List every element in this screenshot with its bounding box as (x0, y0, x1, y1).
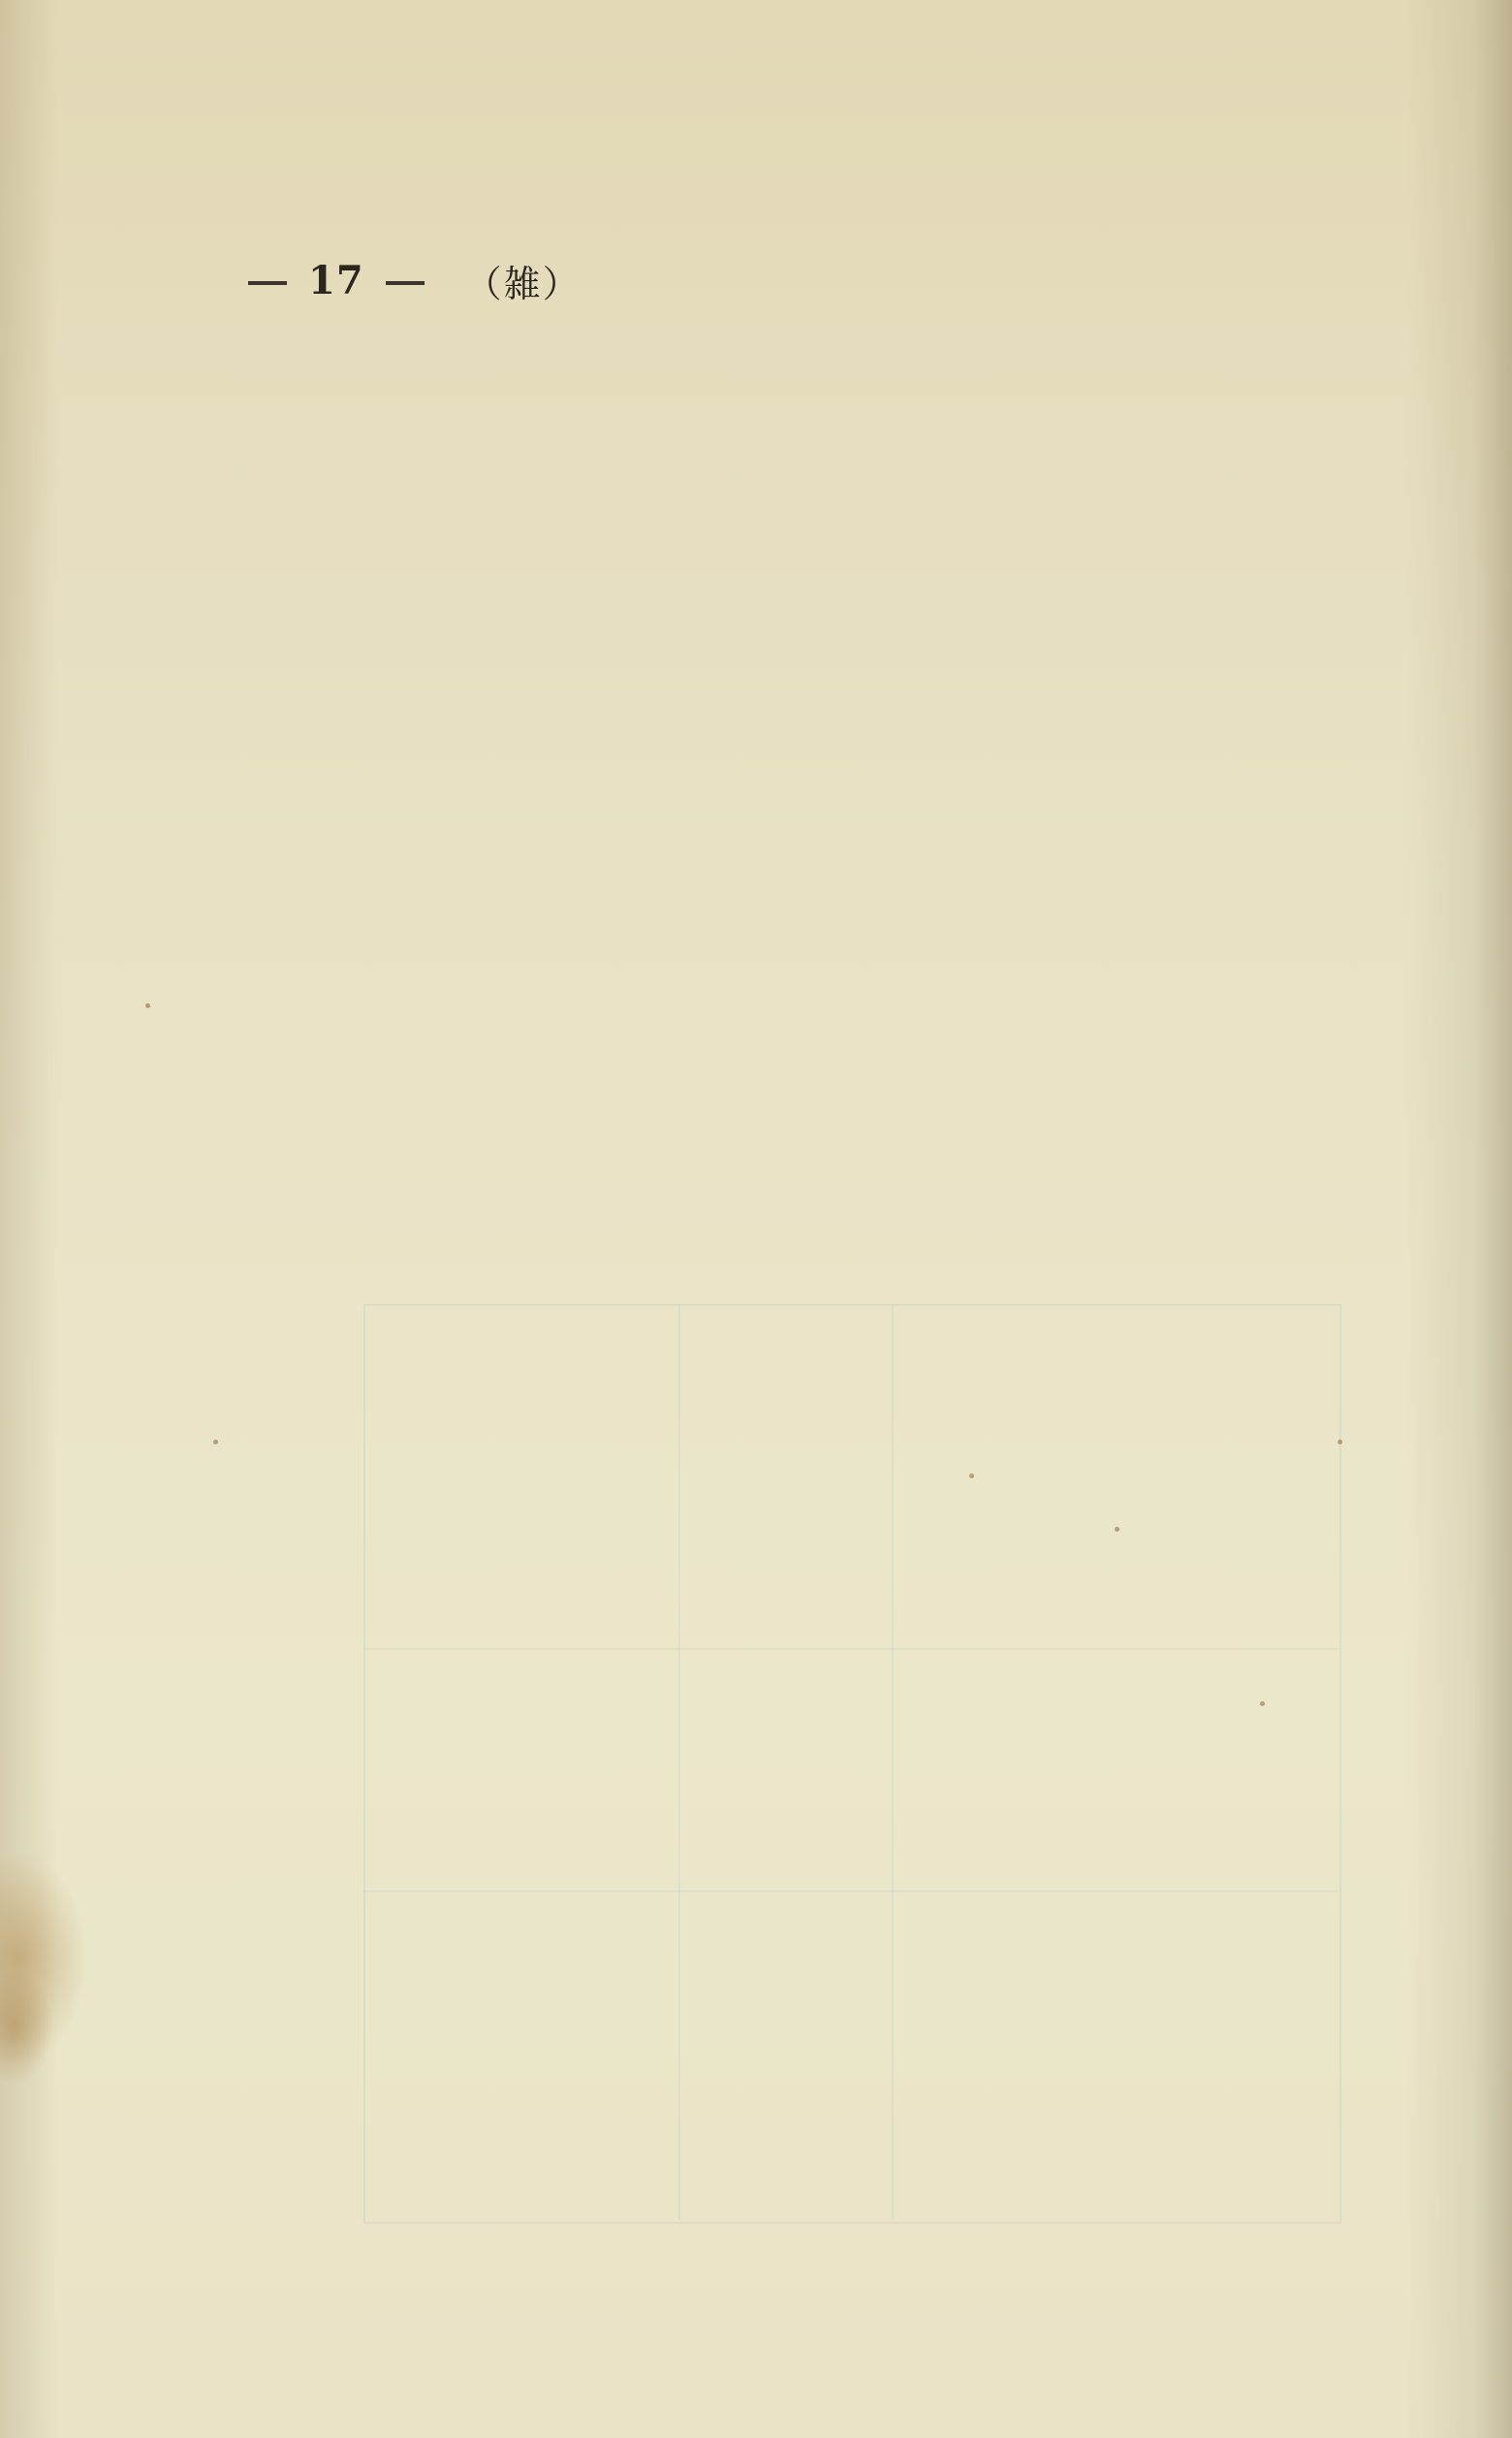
paper-speck (213, 1440, 218, 1444)
paper-speck (969, 1473, 974, 1478)
paper-speck (1115, 1527, 1119, 1532)
scanned-page: 17 （雑） (0, 0, 1512, 2438)
bleed-through-line (892, 1304, 894, 2220)
paper-speck (1338, 1440, 1342, 1444)
page-header: 17 （雑） (227, 254, 582, 307)
bleed-through-frame (363, 1304, 1341, 2224)
paper-speck (145, 1003, 150, 1008)
dash-right (386, 281, 425, 285)
bleed-through-line (363, 1648, 1338, 1650)
paper-speck (1260, 1701, 1265, 1706)
bleed-through-line (678, 1304, 680, 2220)
page-number: 17 (308, 258, 364, 303)
bleed-through-line (363, 1890, 1338, 1892)
section-mark: （雑） (465, 254, 582, 307)
dash-left (248, 281, 287, 285)
